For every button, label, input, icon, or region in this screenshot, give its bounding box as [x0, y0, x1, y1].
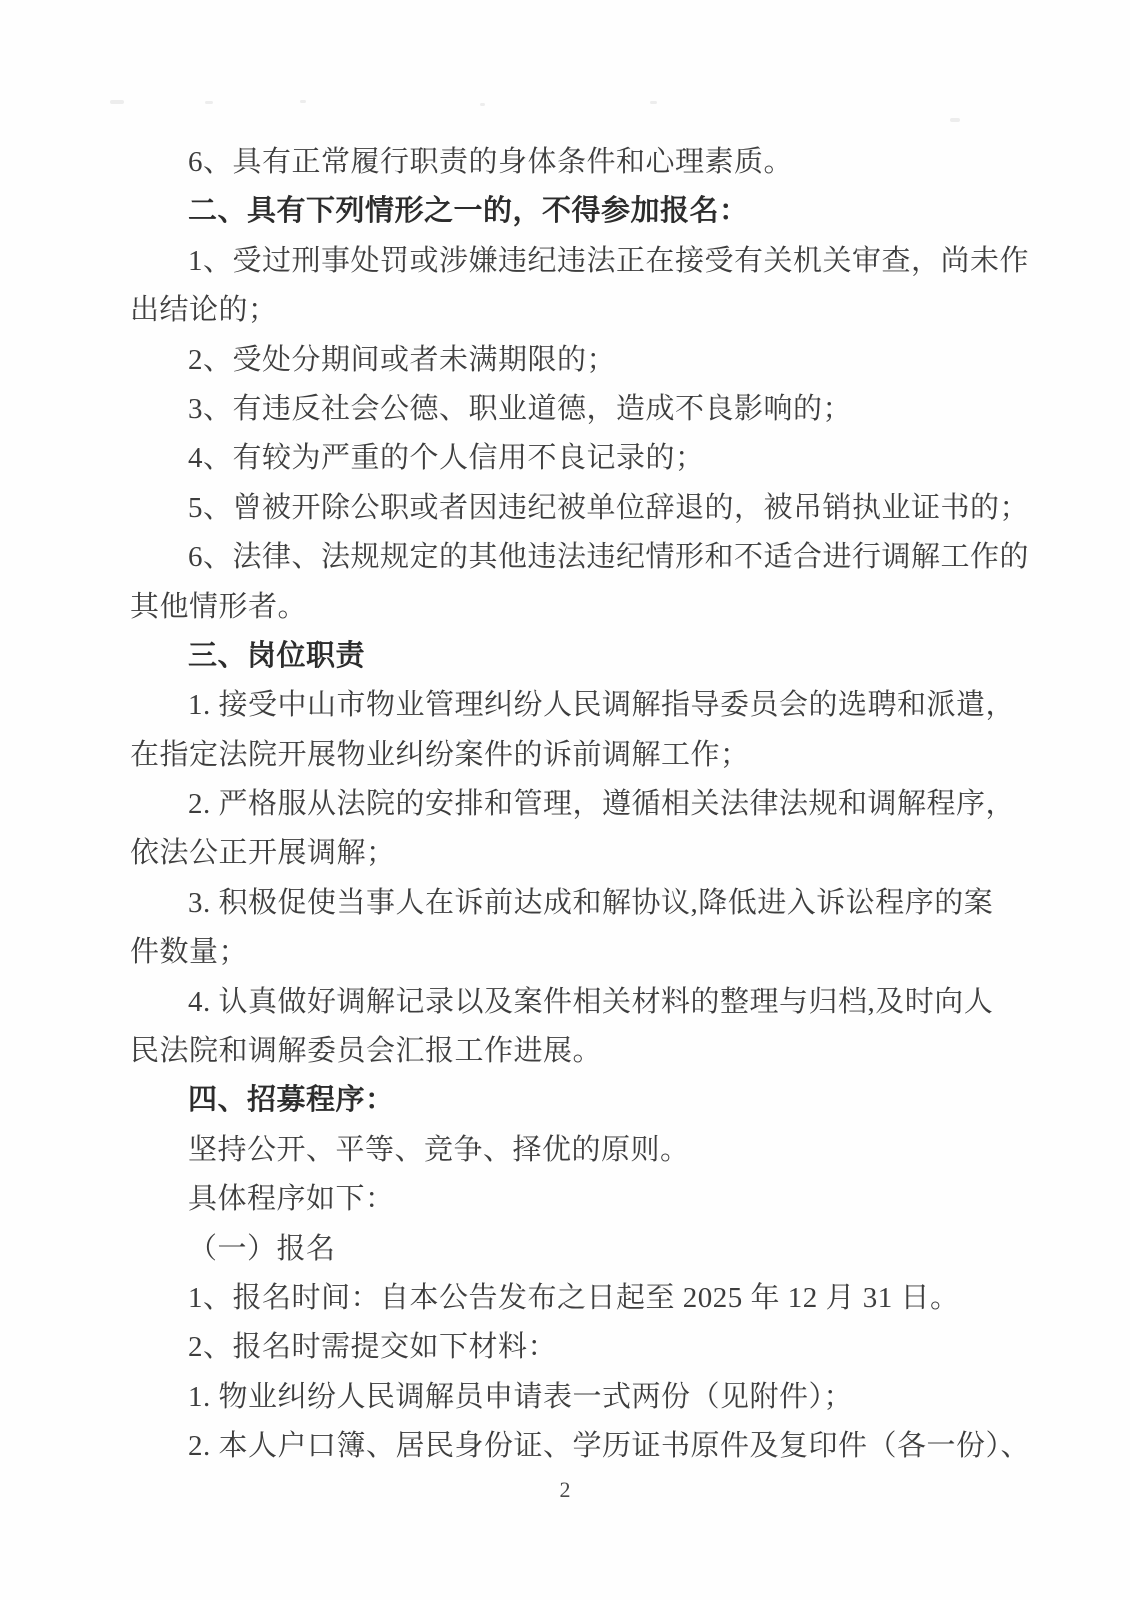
page-number: 2	[0, 1478, 1130, 1502]
doc-line-continuation: 民法院和调解委员会汇报工作进展。	[130, 1027, 998, 1076]
doc-line: 6、具有正常履行职责的身体条件和心理素质。	[130, 138, 998, 187]
doc-line: 具体程序如下：	[130, 1175, 998, 1224]
scan-artifact	[950, 118, 960, 122]
doc-line: 2、受处分期间或者未满期限的；	[130, 336, 998, 385]
doc-line-continuation: 依法公正开展调解；	[130, 829, 998, 878]
doc-line: 2. 严格服从法院的安排和管理，遵循相关法律法规和调解程序，	[130, 780, 998, 829]
doc-line: 4. 认真做好调解记录以及案件相关材料的整理与归档,及时向人	[130, 978, 998, 1027]
scan-artifact	[480, 103, 485, 106]
doc-line: 1. 物业纠纷人民调解员申请表一式两份（见附件）；	[130, 1373, 998, 1422]
doc-line: 2、报名时需提交如下材料：	[130, 1323, 998, 1372]
document-body: 6、具有正常履行职责的身体条件和心理素质。 二、具有下列情形之一的，不得参加报名…	[130, 138, 998, 1472]
scan-artifact	[110, 100, 124, 104]
doc-line: （一）报名	[130, 1225, 998, 1274]
doc-line: 3. 积极促使当事人在诉前达成和解协议,降低进入诉讼程序的案	[130, 879, 998, 928]
scanned-document-page: 6、具有正常履行职责的身体条件和心理素质。 二、具有下列情形之一的，不得参加报名…	[0, 0, 1130, 1600]
scan-artifact	[650, 101, 657, 104]
doc-line-continuation: 出结论的；	[130, 286, 998, 335]
doc-line: 4、有较为严重的个人信用不良记录的；	[130, 434, 998, 483]
scan-artifact	[205, 101, 213, 104]
scan-artifact	[300, 100, 306, 103]
section-heading-2: 二、具有下列情形之一的，不得参加报名：	[130, 187, 998, 236]
doc-line: 3、有违反社会公德、职业道德，造成不良影响的；	[130, 385, 998, 434]
section-heading-3: 三、岗位职责	[130, 632, 998, 681]
doc-line: 坚持公开、平等、竞争、择优的原则。	[130, 1126, 998, 1175]
doc-line-continuation: 其他情形者。	[130, 583, 998, 632]
doc-line: 1、受过刑事处罚或涉嫌违纪违法正在接受有关机关审查，尚未作	[130, 237, 998, 286]
doc-line: 1、报名时间：自本公告发布之日起至 2025 年 12 月 31 日。	[130, 1274, 998, 1323]
doc-line: 6、法律、法规规定的其他违法违纪情形和不适合进行调解工作的	[130, 533, 998, 582]
doc-line: 1. 接受中山市物业管理纠纷人民调解指导委员会的选聘和派遣，	[130, 681, 998, 730]
section-heading-4: 四、招募程序：	[130, 1076, 998, 1125]
doc-line: 5、曾被开除公职或者因违纪被单位辞退的，被吊销执业证书的；	[130, 484, 998, 533]
doc-line: 2. 本人户口簿、居民身份证、学历证书原件及复印件（各一份）、	[130, 1422, 998, 1471]
doc-line-continuation: 在指定法院开展物业纠纷案件的诉前调解工作；	[130, 731, 998, 780]
doc-line-continuation: 件数量；	[130, 928, 998, 977]
